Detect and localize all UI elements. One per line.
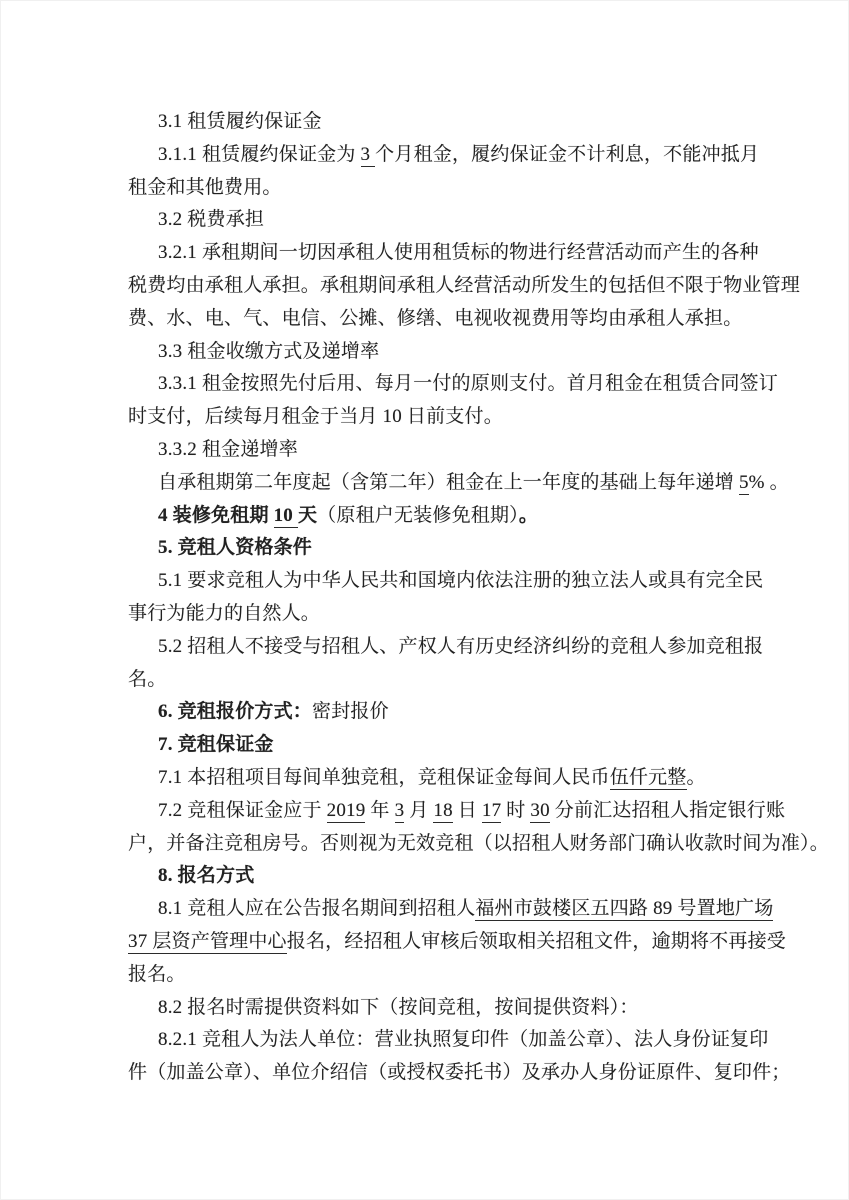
text-line: 8.2 报名时需提供资料如下（按间竞租，按间提供资料）：	[128, 992, 728, 1025]
text-line: 3.1 租赁履约保证金	[128, 106, 728, 139]
text-line: 户，并备注竞租房号。否则视为无效竞租（以招租人财务部门确认收款时间为准）。	[128, 828, 728, 861]
text-line: 报名。	[128, 959, 728, 992]
text-segment: 3.3 租金收缴方式及递增率	[158, 341, 379, 362]
text-line: 3.3.1 租金按照先付后用、每月一付的原则支付。首月租金在租赁合同签订	[128, 368, 728, 401]
text-segment: % 。	[749, 472, 789, 493]
text-segment: 4 装修免租期	[158, 505, 274, 526]
text-segment: 税费均由承租人承担。承租期间承租人经营活动所发生的包括但不限于物业管理	[128, 275, 800, 296]
text-segment: 8. 报名方式	[158, 865, 254, 886]
text-segment: 5. 竞租人资格条件	[158, 537, 312, 558]
text-line: 8. 报名方式	[128, 860, 728, 893]
text-segment: 3.1.1 租赁履约保证金为	[158, 144, 361, 165]
text-line: 7.1 本招租项目每间单独竞租，竞租保证金每间人民币伍仟元整。	[128, 762, 728, 795]
text-segment: 6. 竞租报价方式：	[158, 701, 312, 722]
text-segment: 8.1 竞租人应在公告报名期间到招租人	[158, 898, 475, 919]
text-line: 7. 竞租保证金	[128, 729, 728, 762]
text-line: 名。	[128, 664, 728, 697]
text-segment: 报名，经招租人审核后领取相关招租文件，逾期将不再接受	[287, 931, 786, 952]
text-segment: 分前汇达招租人指定银行账	[550, 800, 785, 821]
document-body: 3.1 租赁履约保证金3.1.1 租赁履约保证金为 3 个月租金，履约保证金不计…	[128, 106, 728, 1090]
text-line: 税费均由承租人承担。承租期间承租人经营活动所发生的包括但不限于物业管理	[128, 270, 728, 303]
text-segment: 8.2.1 竞租人为法人单位：营业执照复印件（加盖公章）、法人身份证复印	[158, 1029, 768, 1050]
text-segment: 5.2 招租人不接受与招租人、产权人有历史经济纠纷的竞租人参加竞租报	[158, 636, 763, 657]
text-segment: 7. 竞租保证金	[158, 734, 274, 755]
text-segment: 日	[453, 800, 482, 821]
text-segment: 3.3.1 租金按照先付后用、每月一付的原则支付。首月租金在租赁合同签订	[158, 373, 778, 394]
text-line: 7.2 竞租保证金应于 2019 年 3 月 18 日 17 时 30 分前汇达…	[128, 795, 728, 828]
text-line: 件（加盖公章）、单位介绍信（或授权委托书）及承办人身份证原件、复印件；	[128, 1057, 728, 1090]
text-segment: 7.2 竞租保证金应于	[158, 800, 327, 821]
document-page: 3.1 租赁履约保证金3.1.1 租赁履约保证金为 3 个月租金，履约保证金不计…	[0, 0, 849, 1200]
text-segment: 天	[298, 505, 317, 526]
underlined-text-segment: 17	[482, 800, 501, 823]
text-segment: 年	[365, 800, 394, 821]
text-line: 4 装修免租期 10 天（原租户无装修免租期）。	[128, 500, 728, 533]
text-line: 37 层资产管理中心报名，经招租人审核后领取相关招租文件，逾期将不再接受	[128, 926, 728, 959]
text-line: 3.1.1 租赁履约保证金为 3 个月租金，履约保证金不计利息，不能冲抵月	[128, 139, 728, 172]
text-line: 5.2 招租人不接受与招租人、产权人有历史经济纠纷的竞租人参加竞租报	[128, 631, 728, 664]
text-segment: 费、水、电、气、电信、公摊、修缮、电视收视费用等均由承租人承担。	[128, 308, 742, 329]
underlined-text-segment: 福州市鼓楼区五四路 89 号置地广场	[475, 898, 773, 921]
underlined-text-segment: 37 层资产管理中心	[128, 931, 287, 954]
underlined-text-segment: 10	[274, 505, 298, 528]
text-line: 5. 竞租人资格条件	[128, 532, 728, 565]
text-segment: 。	[519, 505, 538, 526]
underlined-text-segment: 3	[361, 144, 376, 167]
underlined-text-segment: 2019	[327, 800, 366, 823]
text-segment: 3.2.1 承租期间一切因承租人使用租赁标的物进行经营活动而产生的各种	[158, 242, 759, 263]
text-segment: 件（加盖公章）、单位介绍信（或授权委托书）及承办人身份证原件、复印件；	[128, 1062, 791, 1083]
text-segment: 个月租金，履约保证金不计利息，不能冲抵月	[375, 144, 759, 165]
text-segment: 5.1 要求竞租人为中华人民共和国境内依法注册的独立法人或具有完全民	[158, 570, 763, 591]
text-segment: 3.3.2 租金递增率	[158, 439, 298, 460]
text-segment: 8.2 报名时需提供资料如下（按间竞租，按间提供资料）：	[158, 997, 639, 1018]
text-segment: 事行为能力的自然人。	[128, 603, 320, 624]
text-segment: 时	[501, 800, 530, 821]
text-segment: 报名。	[128, 964, 186, 985]
text-line: 3.2 税费承担	[128, 204, 728, 237]
text-segment: 7.1 本招租项目每间单独竞租，竞租保证金每间人民币	[158, 767, 610, 788]
text-segment: 名。	[128, 669, 166, 690]
text-line: 5.1 要求竞租人为中华人民共和国境内依法注册的独立法人或具有完全民	[128, 565, 728, 598]
text-segment: 时支付，后续每月租金于当月 10 日前支付。	[128, 406, 503, 427]
text-line: 租金和其他费用。	[128, 172, 728, 205]
text-segment: 。	[687, 767, 706, 788]
text-line: 8.1 竞租人应在公告报名期间到招租人福州市鼓楼区五四路 89 号置地广场	[128, 893, 728, 926]
text-segment: （原租户无装修免租期）	[317, 505, 519, 526]
text-line: 费、水、电、气、电信、公摊、修缮、电视收视费用等均由承租人承担。	[128, 303, 728, 336]
underlined-text-segment: 30	[530, 800, 549, 823]
text-segment: 3.2 税费承担	[158, 209, 264, 230]
text-line: 自承租期第二年度起（含第二年）租金在上一年度的基础上每年递增 5% 。	[128, 467, 728, 500]
underlined-text-segment: 伍仟元整	[610, 767, 687, 790]
text-segment: 自承租期第二年度起（含第二年）租金在上一年度的基础上每年递增	[158, 472, 739, 493]
text-line: 时支付，后续每月租金于当月 10 日前支付。	[128, 401, 728, 434]
text-segment: 密封报价	[312, 701, 389, 722]
text-line: 3.3 租金收缴方式及递增率	[128, 336, 728, 369]
text-line: 事行为能力的自然人。	[128, 598, 728, 631]
underlined-text-segment: 5	[739, 472, 749, 495]
text-line: 6. 竞租报价方式：密封报价	[128, 696, 728, 729]
underlined-text-segment: 3	[395, 800, 405, 823]
text-line: 3.2.1 承租期间一切因承租人使用租赁标的物进行经营活动而产生的各种	[128, 237, 728, 270]
text-segment: 租金和其他费用。	[128, 177, 282, 198]
text-segment: 3.1 租赁履约保证金	[158, 111, 322, 132]
text-line: 8.2.1 竞租人为法人单位：营业执照复印件（加盖公章）、法人身份证复印	[128, 1024, 728, 1057]
text-segment: 月	[404, 800, 433, 821]
text-segment: 户，并备注竞租房号。否则视为无效竞租（以招租人财务部门确认收款时间为准）。	[128, 833, 829, 854]
underlined-text-segment: 18	[433, 800, 452, 823]
text-line: 3.3.2 租金递增率	[128, 434, 728, 467]
